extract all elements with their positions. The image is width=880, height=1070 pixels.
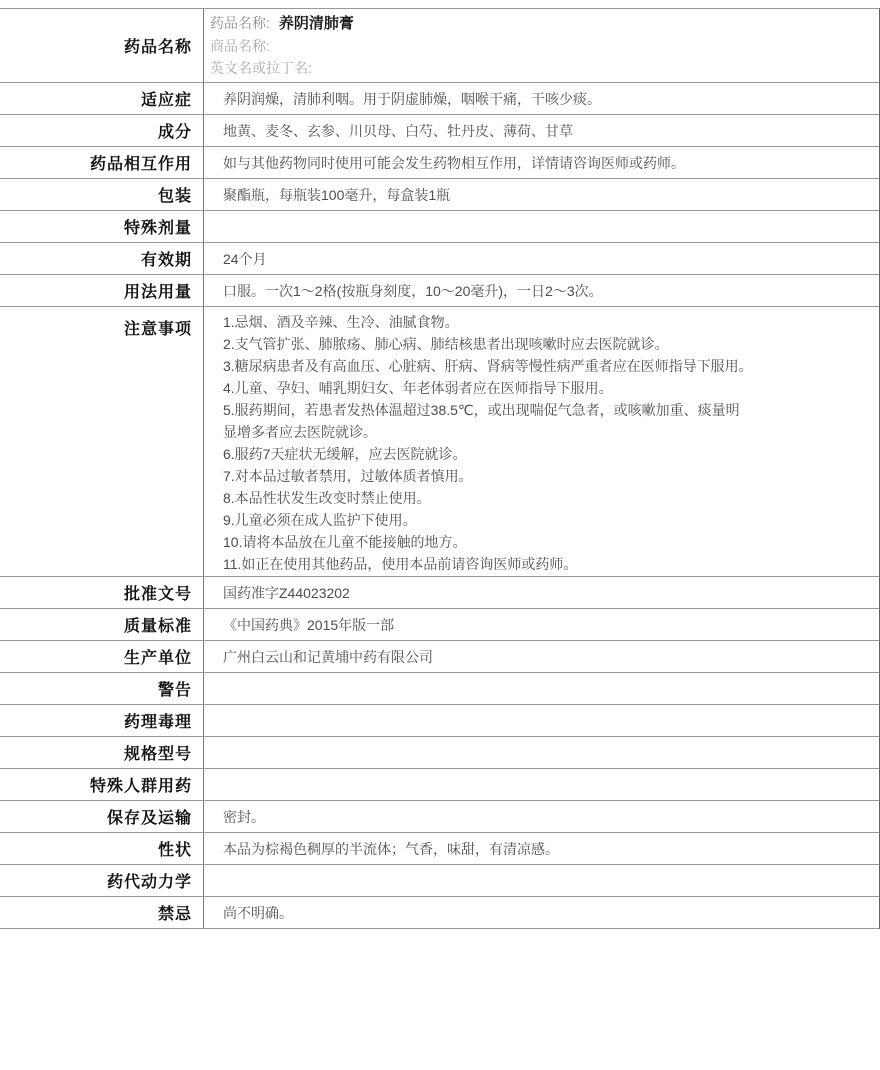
row-label-contraindications: 禁忌 (0, 897, 204, 928)
row-value-packaging: 聚酯瓶，每瓶装100毫升，每盒装1瓶 (204, 179, 879, 210)
row-label-warnings: 警告 (0, 673, 204, 704)
row-label-drug-interactions: 药品相互作用 (0, 147, 204, 178)
row-label-storage-transport: 保存及运输 (0, 801, 204, 832)
row-value-storage-transport: 密封。 (204, 801, 879, 832)
row-value-special-populations (204, 769, 879, 800)
row-shelf-life: 有效期 24个月 (0, 243, 879, 275)
row-manufacturer: 生产单位 广州白云山和记黄埔中药有限公司 (0, 641, 879, 673)
row-value-approval-number: 国药准字Z44023202 (204, 577, 879, 608)
row-label-indications: 适应症 (0, 83, 204, 114)
row-precautions: 注意事项 1.忌烟、酒及辛辣、生冷、油腻食物。 2.支气管扩张、肺脓疡、肺心病、… (0, 307, 879, 577)
row-value-specification (204, 737, 879, 768)
row-value-precautions: 1.忌烟、酒及辛辣、生冷、油腻食物。 2.支气管扩张、肺脓疡、肺心病、肺结核患者… (204, 307, 879, 576)
row-label-pharmacology-toxicology: 药理毒理 (0, 705, 204, 736)
row-label-ingredients: 成分 (0, 115, 204, 146)
row-special-populations: 特殊人群用药 (0, 769, 879, 801)
row-value-special-dosage (204, 211, 879, 242)
row-value-manufacturer: 广州白云山和记黄埔中药有限公司 (204, 641, 879, 672)
trade-name-line: 商品名称: (210, 35, 270, 57)
row-value-shelf-life: 24个月 (204, 243, 879, 274)
row-value-pharmacokinetics (204, 865, 879, 896)
row-drug-interactions: 药品相互作用 如与其他药物同时使用可能会发生药物相互作用，详情请咨询医师或药师。 (0, 147, 879, 179)
row-label-special-dosage: 特殊剂量 (0, 211, 204, 242)
row-value-contraindications: 尚不明确。 (204, 897, 879, 928)
row-pharmacokinetics: 药代动力学 (0, 865, 879, 897)
row-approval-number: 批准文号 国药准字Z44023202 (0, 577, 879, 609)
row-label-description: 性状 (0, 833, 204, 864)
row-label-dosage-administration: 用法用量 (0, 275, 204, 306)
row-dosage-administration: 用法用量 口服。一次1～2格(按瓶身刻度，10～20毫升)，一日2～3次。 (0, 275, 879, 307)
row-value-ingredients: 地黄、麦冬、玄参、川贝母、白芍、牡丹皮、薄荷、甘草 (204, 115, 879, 146)
row-label-pharmacokinetics: 药代动力学 (0, 865, 204, 896)
drug-name-field-label: 药品名称: (210, 15, 270, 31)
row-label-drug-name: 药品名称 (0, 9, 204, 82)
latin-name-field-label: 英文名或拉丁名: (210, 60, 312, 76)
row-value-dosage-administration: 口服。一次1～2格(按瓶身刻度，10～20毫升)，一日2～3次。 (204, 275, 879, 306)
row-special-dosage: 特殊剂量 (0, 211, 879, 243)
row-indications: 适应症 养阴润燥，清肺利咽。用于阴虚肺燥，咽喉干痛，干咳少痰。 (0, 83, 879, 115)
row-contraindications: 禁忌 尚不明确。 (0, 897, 879, 929)
row-label-special-populations: 特殊人群用药 (0, 769, 204, 800)
trade-name-field-label: 商品名称: (210, 38, 270, 54)
row-description: 性状 本品为棕褐色稠厚的半流体；气香，味甜，有清凉感。 (0, 833, 879, 865)
drug-name-value: 养阴清肺膏 (279, 15, 354, 32)
drug-info-table: 药品名称 药品名称:养阴清肺膏 商品名称: 英文名或拉丁名: 适应症 养阴润燥，… (0, 8, 880, 929)
drug-name-line: 药品名称:养阴清肺膏 (210, 12, 354, 35)
row-value-drug-interactions: 如与其他药物同时使用可能会发生药物相互作用，详情请咨询医师或药师。 (204, 147, 879, 178)
row-value-pharmacology-toxicology (204, 705, 879, 736)
row-label-approval-number: 批准文号 (0, 577, 204, 608)
row-label-quality-standard: 质量标准 (0, 609, 204, 640)
row-quality-standard: 质量标准 《中国药典》2015年版一部 (0, 609, 879, 641)
row-pharmacology-toxicology: 药理毒理 (0, 705, 879, 737)
row-label-shelf-life: 有效期 (0, 243, 204, 274)
row-value-description: 本品为棕褐色稠厚的半流体；气香，味甜，有清凉感。 (204, 833, 879, 864)
row-value-warnings (204, 673, 879, 704)
row-label-packaging: 包装 (0, 179, 204, 210)
row-label-specification: 规格型号 (0, 737, 204, 768)
drug-name-fields: 药品名称:养阴清肺膏 商品名称: 英文名或拉丁名: (204, 9, 879, 82)
row-value-indications: 养阴润燥，清肺利咽。用于阴虚肺燥，咽喉干痛，干咳少痰。 (204, 83, 879, 114)
row-label-manufacturer: 生产单位 (0, 641, 204, 672)
row-storage-transport: 保存及运输 密封。 (0, 801, 879, 833)
row-value-quality-standard: 《中国药典》2015年版一部 (204, 609, 879, 640)
latin-name-line: 英文名或拉丁名: (210, 57, 312, 79)
row-drug-name: 药品名称 药品名称:养阴清肺膏 商品名称: 英文名或拉丁名: (0, 9, 879, 83)
row-label-precautions: 注意事项 (0, 307, 204, 576)
row-specification: 规格型号 (0, 737, 879, 769)
row-packaging: 包装 聚酯瓶，每瓶装100毫升，每盒装1瓶 (0, 179, 879, 211)
row-ingredients: 成分 地黄、麦冬、玄参、川贝母、白芍、牡丹皮、薄荷、甘草 (0, 115, 879, 147)
row-warnings: 警告 (0, 673, 879, 705)
